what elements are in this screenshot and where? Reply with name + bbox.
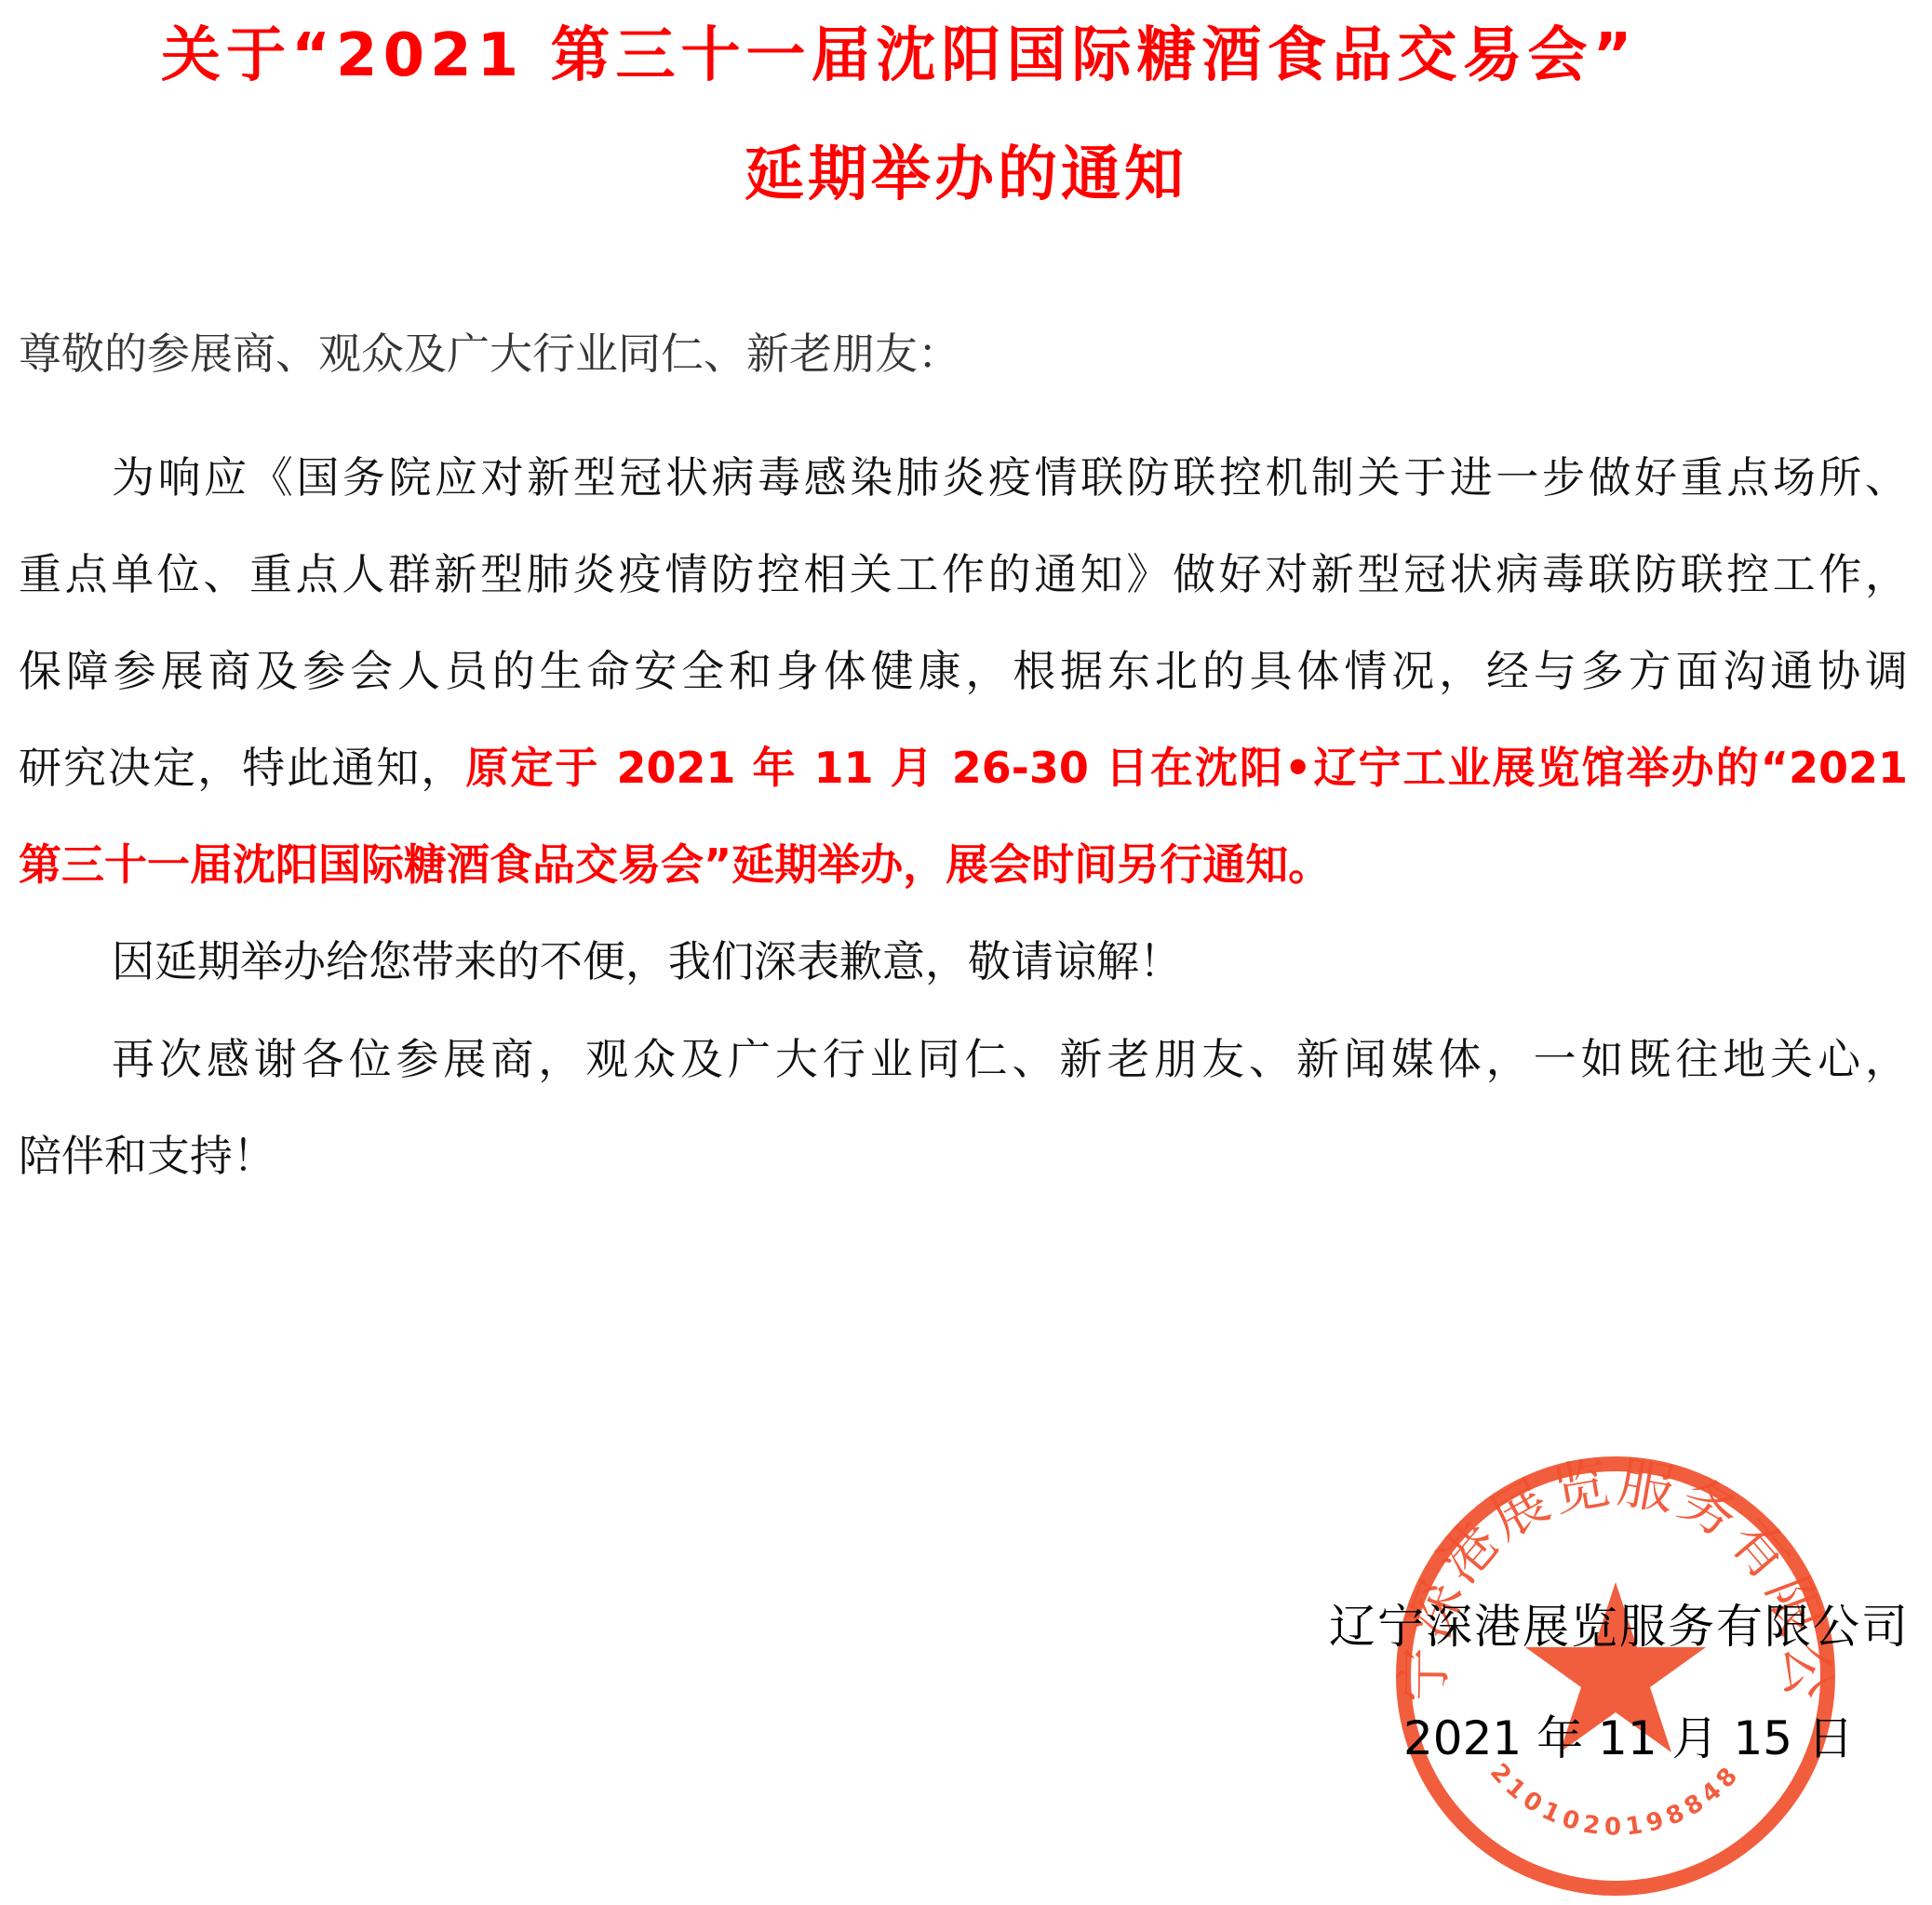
company-seal-stamp: 辽宁深港展览服务有限公司 2101020198848: [1391, 1452, 1840, 1900]
paragraph-1-line-4: 研究决定，特此通知，原定于 2021 年 11 月 26-30 日在沈阳•辽宁工…: [19, 740, 1908, 796]
paragraph-1-line-4-plain: 研究决定，特此通知，: [19, 743, 465, 793]
issue-date: 2021 年 11 月 15 日: [1403, 1710, 1841, 1766]
apology-paragraph: 因延期举办给您带来的不便，我们深表歉意，敬请谅解！: [112, 933, 1908, 989]
notice-title-line-1: 关于“2021 第三十一届沈阳国际糖酒食品交易会”: [0, 19, 1932, 93]
thanks-paragraph-line-2: 陪伴和支持！: [19, 1128, 1908, 1184]
postponement-highlight-part-1: 原定于 2021 年 11 月 26-30 日在沈阳•辽宁工业展览馆举办的“20…: [465, 743, 1908, 793]
paragraph-1-line-1: 为响应《国务院应对新型冠状病毒感染肺炎疫情联防联控机制关于进一步做好重点场所、: [112, 449, 1908, 505]
paragraph-1-line-3: 保障参展商及参会人员的生命安全和身体健康，根据东北的具体情况，经与多方面沟通协调: [19, 643, 1908, 699]
postponement-highlight-part-2: 第三十一届沈阳国际糖酒食品交易会”延期举办，展会时间另行通知。: [19, 839, 1331, 890]
notice-title-line-2: 延期举办的通知: [0, 138, 1932, 212]
thanks-paragraph-line-1: 再次感谢各位参展商，观众及广大行业同仁、新老朋友、新闻媒体，一如既往地关心，: [112, 1031, 1908, 1087]
issuing-organization: 辽宁深港展览服务有限公司: [1329, 1599, 1908, 1655]
paragraph-1-line-5: 第三十一届沈阳国际糖酒食品交易会”延期举办，展会时间另行通知。: [19, 837, 1908, 892]
seal-number-text: 2101020198848: [1484, 1758, 1747, 1841]
svg-text:2101020198848: 2101020198848: [1484, 1758, 1747, 1841]
paragraph-1-line-2: 重点单位、重点人群新型肺炎疫情防控相关工作的通知》做好对新型冠状病毒联防联控工作…: [19, 546, 1908, 602]
salutation: 尊敬的参展商、观众及广大行业同仁、新老朋友：: [19, 326, 1908, 382]
